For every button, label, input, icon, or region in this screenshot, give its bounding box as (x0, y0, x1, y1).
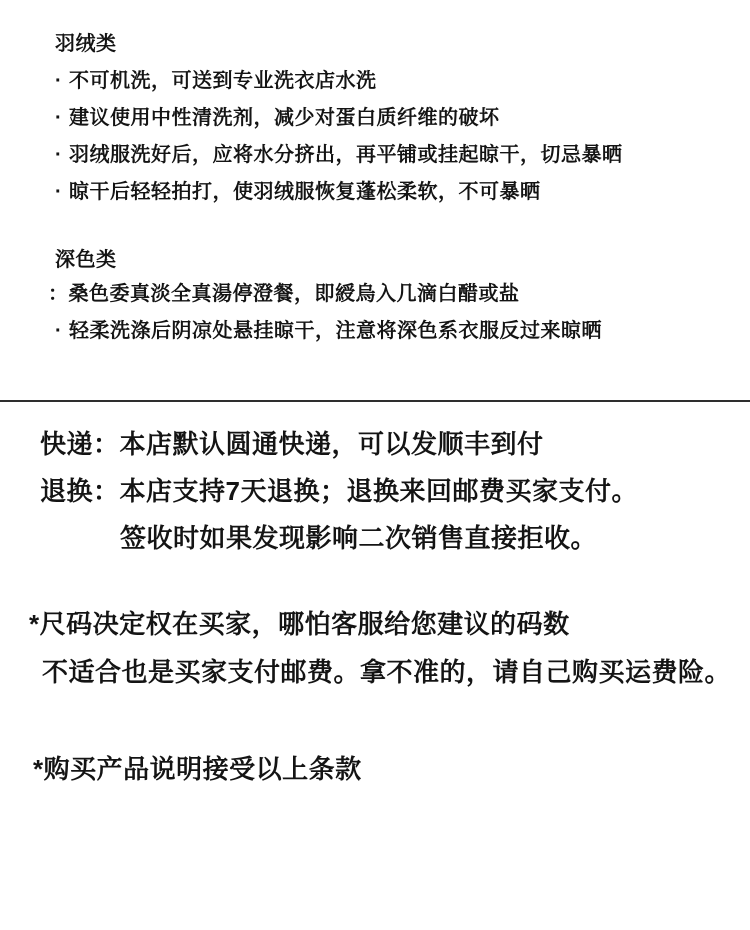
care-item-text: 晾干后轻轻拍打，使羽绒服恢复蓬松柔软，不可暴晒 (69, 181, 541, 203)
size-note-line-1: *尺码决定权在买家，哪怕客服给您建议的码数 (29, 610, 570, 640)
care-item-text: 桑色委真淡全真湯停澄餐，即綬烏入几滴白醋或盐 (69, 283, 520, 305)
care-item: ·晾干后轻轻拍打，使羽绒服恢复蓬松柔软，不可暴晒 (55, 181, 541, 204)
agreement-note: *购买产品说明接受以上条款 (33, 755, 362, 785)
returns-policy-line: 退换：本店支持7天退换；退换来回邮费买家支付。 (40, 477, 638, 507)
care-section-heading-down: 羽绒类 (55, 33, 117, 56)
care-item-text: 建议使用中性清洗剂，减少对蛋白质纤维的破坏 (69, 107, 500, 129)
care-item: ·建议使用中性清洗剂，减少对蛋白质纤维的破坏 (55, 107, 500, 130)
shipping-label: 快递： (40, 429, 120, 459)
bullet-icon: · (55, 70, 69, 93)
colon-marker: ： (48, 283, 69, 306)
size-note-text: 不适合也是买家支付邮费。拿不准的，请自己购买运费险。 (42, 657, 731, 687)
bullet-icon: · (55, 144, 69, 167)
returns-policy-line-2: 签收时如果发现影响二次销售直接拒收。 (120, 524, 597, 554)
returns-text-continued: 签收时如果发现影响二次销售直接拒收。 (120, 523, 597, 553)
returns-text: 本店支持7天退换；退换来回邮费买家支付。 (120, 476, 638, 506)
size-note-text: *尺码决定权在买家，哪怕客服给您建议的码数 (29, 609, 570, 639)
section-divider (0, 400, 750, 402)
care-item-text: 不可机洗，可送到专业洗衣店水洗 (69, 70, 377, 92)
care-item: ·不可机洗，可送到专业洗衣店水洗 (55, 70, 377, 93)
bullet-icon: · (55, 181, 69, 204)
agreement-note-text: *购买产品说明接受以上条款 (33, 754, 362, 784)
care-item: ·轻柔洗涤后阴凉处悬挂晾干，注意将深色系衣服反过来晾晒 (55, 320, 602, 343)
product-care-policy-page: 羽绒类 ·不可机洗，可送到专业洗衣店水洗 ·建议使用中性清洗剂，减少对蛋白质纤维… (0, 0, 750, 930)
care-section-heading-dark: 深色类 (55, 249, 117, 272)
shipping-policy-line: 快递：本店默认圆通快递，可以发顺丰到付 (40, 430, 544, 460)
bullet-icon: · (55, 320, 69, 343)
care-item: ·羽绒服洗好后，应将水分挤出，再平铺或挂起晾干，切忌暴晒 (55, 144, 623, 167)
returns-label: 退换： (40, 476, 120, 506)
care-item: ：桑色委真淡全真湯停澄餐，即綬烏入几滴白醋或盐 (48, 283, 520, 306)
size-note-line-2: 不适合也是买家支付邮费。拿不准的，请自己购买运费险。 (42, 658, 731, 688)
care-item-text: 轻柔洗涤后阴凉处悬挂晾干，注意将深色系衣服反过来晾晒 (69, 320, 602, 342)
care-item-text: 羽绒服洗好后，应将水分挤出，再平铺或挂起晾干，切忌暴晒 (69, 144, 623, 166)
bullet-icon: · (55, 107, 69, 130)
shipping-text: 本店默认圆通快递，可以发顺丰到付 (120, 429, 544, 459)
care-heading-text: 羽绒类 (55, 33, 117, 55)
care-heading-text: 深色类 (55, 249, 117, 271)
